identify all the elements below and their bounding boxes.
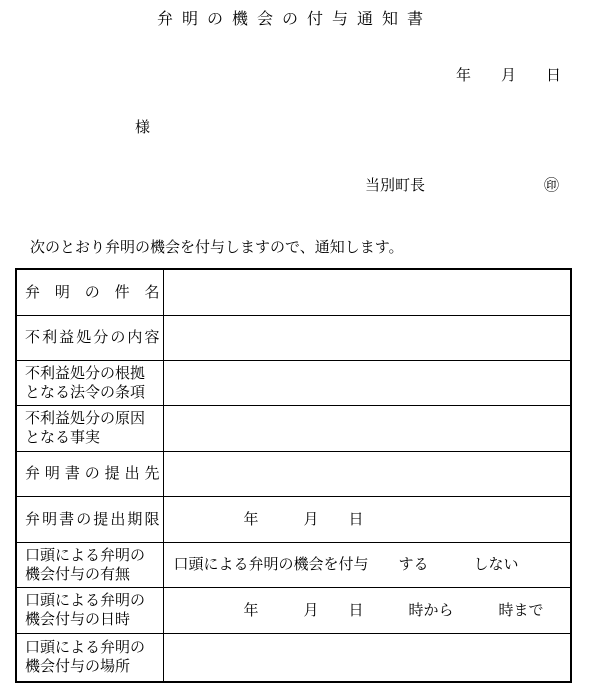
row-label-legal-basis: 不利益処分の根拠となる法令の条項: [25, 364, 145, 401]
sender-line: 当別町長 ㊞: [0, 176, 589, 194]
row-value-legal-basis: [163, 360, 571, 405]
intro-sentence: 次のとおり弁明の機会を付与しますので、通知します。: [0, 238, 589, 256]
document-title: 弁明の機会の付与通知書: [0, 0, 589, 28]
table-row-legal-basis: 不利益処分の根拠となる法令の条項: [16, 360, 571, 405]
row-label-submission-destination: 弁明書の提出先: [25, 464, 160, 483]
row-label-oral-datetime: 口頭による弁明の機会付与の日時: [25, 591, 145, 628]
row-label-subject: 弁明の件名: [25, 283, 160, 302]
row-value-oral-datetime: 年 月 日 時から 時まで: [163, 587, 571, 633]
row-value-oral-opportunity: 口頭による弁明の機会を付与 する しない: [163, 542, 571, 587]
sender-title: 当別町長: [365, 176, 425, 194]
row-value-submission-destination: [163, 451, 571, 496]
row-value-submission-deadline: 年 月 日: [163, 496, 571, 542]
row-label-submission-deadline: 弁明書の提出期限: [25, 510, 160, 529]
row-label-cause-facts: 不利益処分の原因となる事実: [25, 409, 145, 446]
table-row-oral-datetime: 口頭による弁明の機会付与の日時 年 月 日 時から 時まで: [16, 587, 571, 633]
table-row-subject: 弁明の件名: [16, 269, 571, 315]
table-row-oral-place: 口頭による弁明の機会付与の場所: [16, 633, 571, 682]
table-row-submission-destination: 弁明書の提出先: [16, 451, 571, 496]
row-label-disposition-content: 不利益処分の内容: [25, 328, 160, 347]
row-value-oral-place: [163, 633, 571, 682]
row-value-cause-facts: [163, 405, 571, 451]
table-row-submission-deadline: 弁明書の提出期限 年 月 日: [16, 496, 571, 542]
notice-form-table: 弁明の件名 不利益処分の内容 不利益処分の根拠となる法令の条項 不利益処分の原因…: [15, 268, 572, 683]
seal-mark-icon: ㊞: [544, 177, 559, 193]
table-row-cause-facts: 不利益処分の原因となる事実: [16, 405, 571, 451]
row-label-oral-opportunity: 口頭による弁明の機会付与の有無: [25, 546, 145, 583]
notice-document-page: 弁明の機会の付与通知書 年 月 日 様 当別町長 ㊞ 次のとおり弁明の機会を付与…: [0, 0, 589, 698]
table-row-disposition-content: 不利益処分の内容: [16, 315, 571, 360]
row-label-oral-place: 口頭による弁明の機会付与の場所: [25, 638, 145, 675]
row-value-disposition-content: [163, 315, 571, 360]
row-value-subject: [163, 269, 571, 315]
addressee-line: 様: [0, 118, 589, 136]
issue-date-line: 年 月 日: [0, 66, 589, 84]
table-row-oral-opportunity: 口頭による弁明の機会付与の有無 口頭による弁明の機会を付与 する しない: [16, 542, 571, 587]
